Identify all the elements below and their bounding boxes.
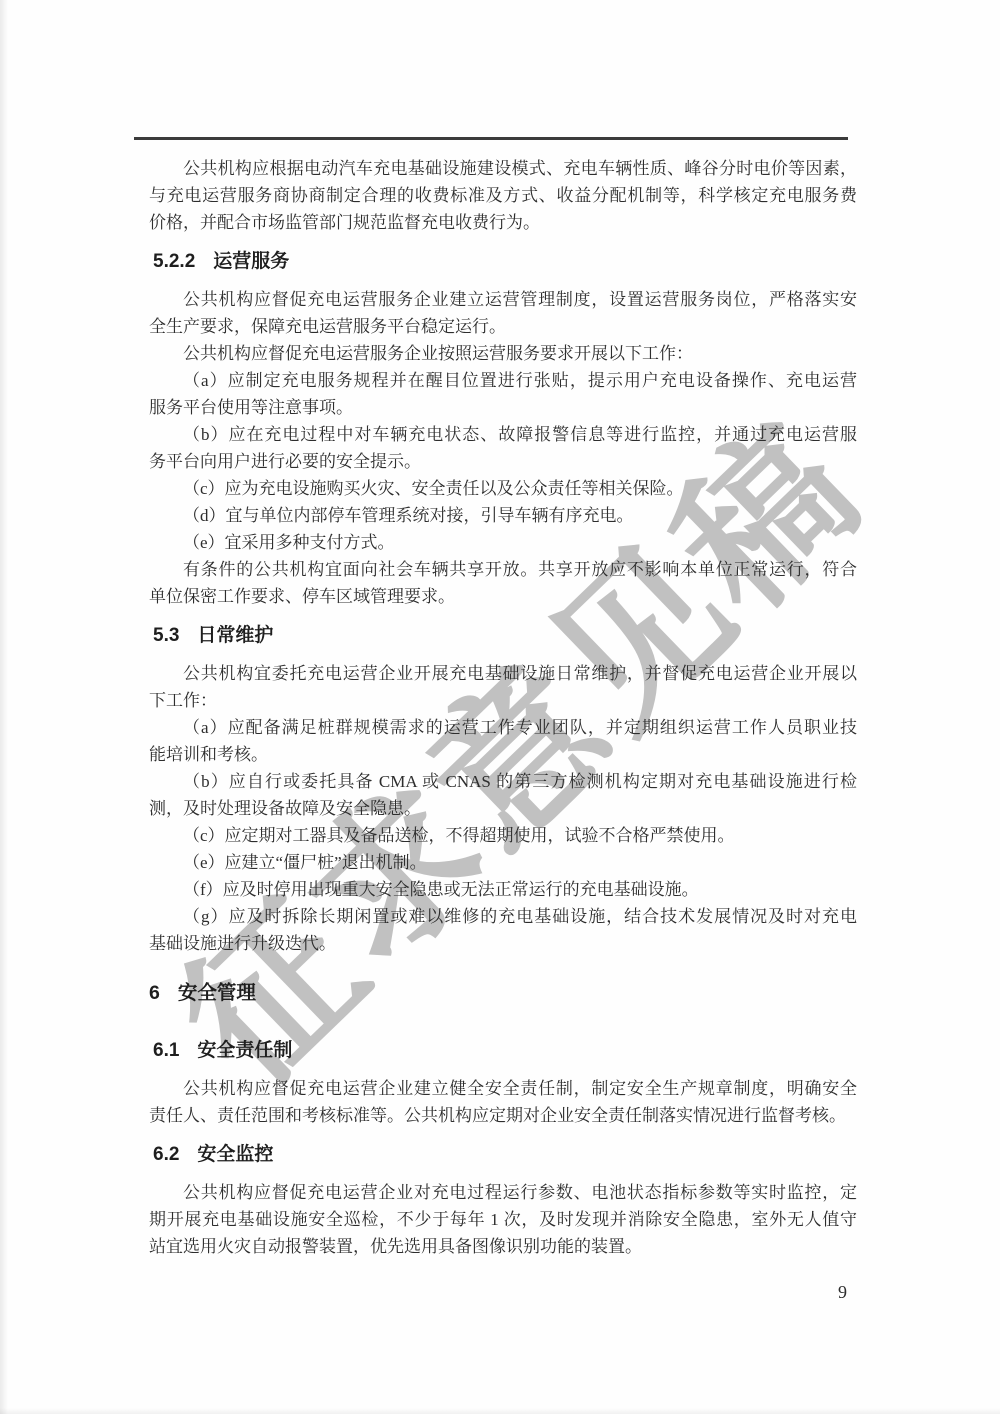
heading-number: 6.2 xyxy=(153,1144,179,1165)
paragraph-line: 能培训和考核。 xyxy=(149,741,857,768)
paragraph-line: 单位保密工作要求、停车区域管理要求。 xyxy=(149,583,857,610)
page-number: 9 xyxy=(838,1279,847,1306)
heading-number: 6 xyxy=(149,982,160,1004)
paragraph-line: （f）应及时停用出现重大安全隐患或无法正常运行的充电基础设施。 xyxy=(149,876,857,903)
section-heading-5.2.2: 5.2.2运营服务 xyxy=(149,248,857,275)
paragraph-line: 公共机构宜委托充电运营企业开展充电基础设施日常维护，并督促充电运营企业开展以 xyxy=(149,660,857,687)
heading-number: 6.1 xyxy=(153,1040,179,1061)
paragraph-line: （b）应在充电过程中对车辆充电状态、故障报警信息等进行监控，并通过充电运营服 xyxy=(149,421,857,448)
heading-title: 安全责任制 xyxy=(197,1040,292,1061)
paragraph-line: （c）应为充电设施购买火灾、安全责任以及公众责任等相关保险。 xyxy=(149,475,857,502)
paragraph-line: 公共机构应督促充电运营服务企业建立运营管理制度，设置运营服务岗位，严格落实安 xyxy=(149,286,857,313)
paragraph-line: 与充电运营服务商协商制定合理的收费标准及方式、收益分配机制等，科学核定充电服务费 xyxy=(149,182,857,209)
paragraph-line: 公共机构应根据电动汽车充电基础设施建设模式、充电车辆性质、峰谷分时电价等因素， xyxy=(149,155,857,182)
paragraph-line: 站宜选用火灾自动报警装置，优先选用具备图像识别功能的装置。 xyxy=(149,1233,857,1260)
document-page: 征求意见稿 公共机构应根据电动汽车充电基础设施建设模式、充电车辆性质、峰谷分时电… xyxy=(0,0,1000,1414)
heading-number: 5.3 xyxy=(153,625,179,646)
paragraph-line: （a）应制定充电服务规程并在醒目位置进行张贴，提示用户充电设备操作、充电运营 xyxy=(149,367,857,394)
paragraph-line: （c）应定期对工器具及备品送检，不得超期使用，试验不合格严禁使用。 xyxy=(149,822,857,849)
paragraph-line: 价格，并配合市场监管部门规范监督充电收费行为。 xyxy=(149,209,857,236)
paragraph-line: 公共机构应督促充电运营企业对充电过程运行参数、电池状态指标参数等实时监控，定 xyxy=(149,1179,857,1206)
heading-title: 安全管理 xyxy=(178,982,256,1004)
paragraph-line: 务平台向用户进行必要的安全提示。 xyxy=(149,448,857,475)
paragraph-line: 期开展充电基础设施安全巡检，不少于每年 1 次，及时发现并消除安全隐患，室外无人… xyxy=(149,1206,857,1233)
paragraph-line: 服务平台使用等注意事项。 xyxy=(149,394,857,421)
paragraph-line: （b）应自行或委托具备 CMA 或 CNAS 的第三方检测机构定期对充电基础设施… xyxy=(149,768,857,795)
paragraph-line: （g）应及时拆除长期闲置或难以维修的充电基础设施，结合技术发展情况及时对充电 xyxy=(149,903,857,930)
paragraph-line: 有条件的公共机构宜面向社会车辆共享开放。共享开放应不影响本单位正常运行，符合 xyxy=(149,556,857,583)
paragraph-line: 责任人、责任范围和考核标准等。公共机构应定期对企业安全责任制落实情况进行监督考核… xyxy=(149,1102,857,1129)
paragraph-line: 公共机构应督促充电运营服务企业按照运营服务要求开展以下工作： xyxy=(149,340,857,367)
section-heading-5.3: 5.3日常维护 xyxy=(149,622,857,649)
paragraph-line: （d）宜与单位内部停车管理系统对接，引导车辆有序充电。 xyxy=(149,502,857,529)
paragraph-line: （e）宜采用多种支付方式。 xyxy=(149,529,857,556)
document-content: 公共机构应根据电动汽车充电基础设施建设模式、充电车辆性质、峰谷分时电价等因素，与… xyxy=(149,155,857,1260)
paragraph-line: 测，及时处理设备故障及安全隐患。 xyxy=(149,795,857,822)
heading-title: 安全监控 xyxy=(197,1144,273,1165)
paragraph-line: 基础设施进行升级迭代。 xyxy=(149,930,857,957)
section-heading-6.2: 6.2安全监控 xyxy=(149,1141,857,1168)
paragraph-line: 下工作： xyxy=(149,687,857,714)
heading-title: 日常维护 xyxy=(197,625,273,646)
heading-number: 5.2.2 xyxy=(153,251,195,272)
header-rule xyxy=(134,137,848,140)
heading-title: 运营服务 xyxy=(213,251,289,272)
section-heading-6: 6安全管理 xyxy=(149,979,857,1007)
paragraph-line: 全生产要求，保障充电运营服务平台稳定运行。 xyxy=(149,313,857,340)
section-heading-6.1: 6.1安全责任制 xyxy=(149,1037,857,1064)
paragraph-line: 公共机构应督促充电运营企业建立健全安全责任制，制定安全生产规章制度，明确安全 xyxy=(149,1075,857,1102)
paragraph-line: （e）应建立“僵尸桩”退出机制。 xyxy=(149,849,857,876)
paragraph-line: （a）应配备满足桩群规模需求的运营工作专业团队，并定期组织运营工作人员职业技 xyxy=(149,714,857,741)
